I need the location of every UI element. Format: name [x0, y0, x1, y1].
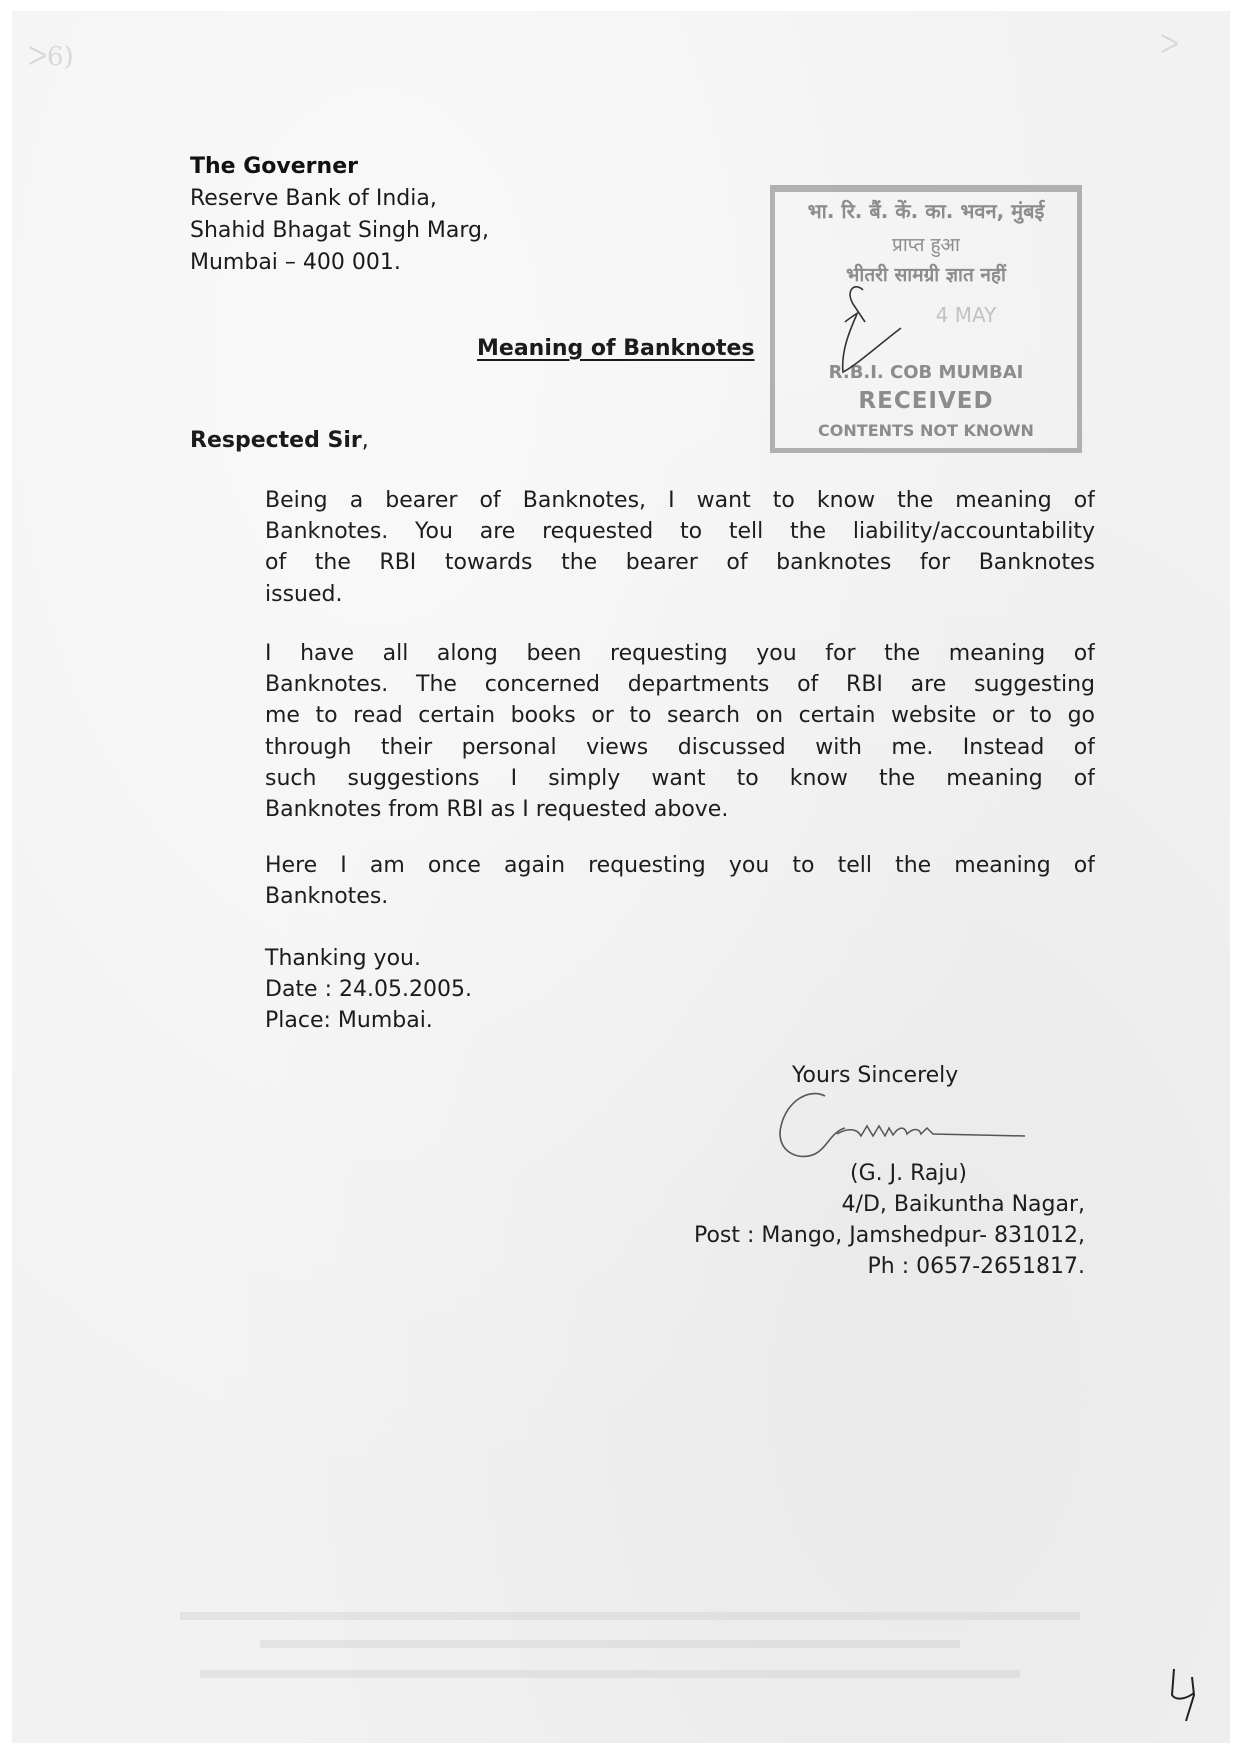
recipient-line: Shahid Bhagat Singh Marg, [190, 215, 489, 247]
body-paragraph-1: Being a bearer of Banknotes, I want to k… [265, 485, 1095, 610]
handwritten-initial-icon [835, 282, 915, 382]
paragraph-line: through their personal views discussed w… [265, 732, 1095, 763]
bleed-through-text [200, 1670, 1020, 1678]
paragraph-line: me to read certain books or to search on… [265, 700, 1095, 731]
paragraph-line: I have all along been requesting you for… [265, 638, 1095, 669]
paragraph-line: Banknotes. You are requested to tell the… [265, 516, 1095, 547]
stamp-line-hindi-office: भा. रि. बैं. कें. का. भवन, मुंबई [770, 197, 1082, 224]
stamp-line-hindi-received: प्राप्त हुआ [770, 231, 1082, 257]
stamp-date: 4 MAY [770, 303, 1122, 327]
salutation-comma: , [362, 428, 369, 453]
sender-details: (G. J. Raju) 4/D, Baikuntha Nagar, Post … [694, 1158, 1085, 1282]
sender-address-line: Post : Mango, Jamshedpur- 831012, [694, 1220, 1085, 1251]
stamp-office: R.B.I. COB MUMBAI [770, 362, 1082, 383]
stamp-line-hindi-contents: भीतरी सामग्री ज्ञात नहीं [770, 261, 1082, 287]
body-paragraph-3: Here I am once again requesting you to t… [265, 850, 1095, 912]
received-stamp: भा. रि. बैं. कें. का. भवन, मुंबई प्राप्त… [770, 185, 1082, 453]
paragraph-line: Banknotes. [265, 881, 1095, 912]
paragraph-line: Being a bearer of Banknotes, I want to k… [265, 485, 1095, 516]
handwritten-page-number-icon [1168, 1665, 1208, 1725]
salutation: Respected Sir, [190, 425, 369, 457]
stamp-received: RECEIVED [770, 388, 1082, 414]
faint-margin-note: ᐳ6) [28, 42, 74, 72]
paragraph-line: Banknotes. The concerned departments of … [265, 669, 1095, 700]
bleed-through-text [180, 1612, 1080, 1620]
place-line: Place: Mumbai. [265, 1005, 472, 1036]
closing-block: Thanking you. Date : 24.05.2005. Place: … [265, 943, 472, 1036]
paragraph-line: of the RBI towards the bearer of banknot… [265, 547, 1095, 578]
recipient-line: Mumbai – 400 001. [190, 247, 489, 279]
sender-address-line: 4/D, Baikuntha Nagar, [694, 1189, 1085, 1220]
stamp-contents-not-known: CONTENTS NOT KNOWN [770, 421, 1082, 440]
date-line: Date : 24.05.2005. [265, 974, 472, 1005]
thanks-line: Thanking you. [265, 943, 472, 974]
recipient-title: The Governer [190, 151, 489, 183]
bleed-through-text [260, 1640, 960, 1648]
sender-name: (G. J. Raju) [694, 1158, 1085, 1189]
paragraph-line: such suggestions I simply want to know t… [265, 763, 1095, 794]
paragraph-line: Here I am once again requesting you to t… [265, 850, 1095, 881]
paragraph-line: issued. [265, 579, 1095, 610]
recipient-address: The Governer Reserve Bank of India, Shah… [190, 151, 489, 279]
handwritten-signature-icon [775, 1088, 1065, 1168]
sender-phone-line: Ph : 0657-2651817. [694, 1251, 1085, 1282]
faint-margin-note: ᐳ [1160, 30, 1179, 60]
paragraph-line: Banknotes from RBI as I requested above. [265, 794, 1095, 825]
subject-heading: Meaning of Banknotes [477, 333, 755, 365]
body-paragraph-2: I have all along been requesting you for… [265, 638, 1095, 825]
recipient-line: Reserve Bank of India, [190, 183, 489, 215]
salutation-text: Respected Sir [190, 428, 362, 453]
